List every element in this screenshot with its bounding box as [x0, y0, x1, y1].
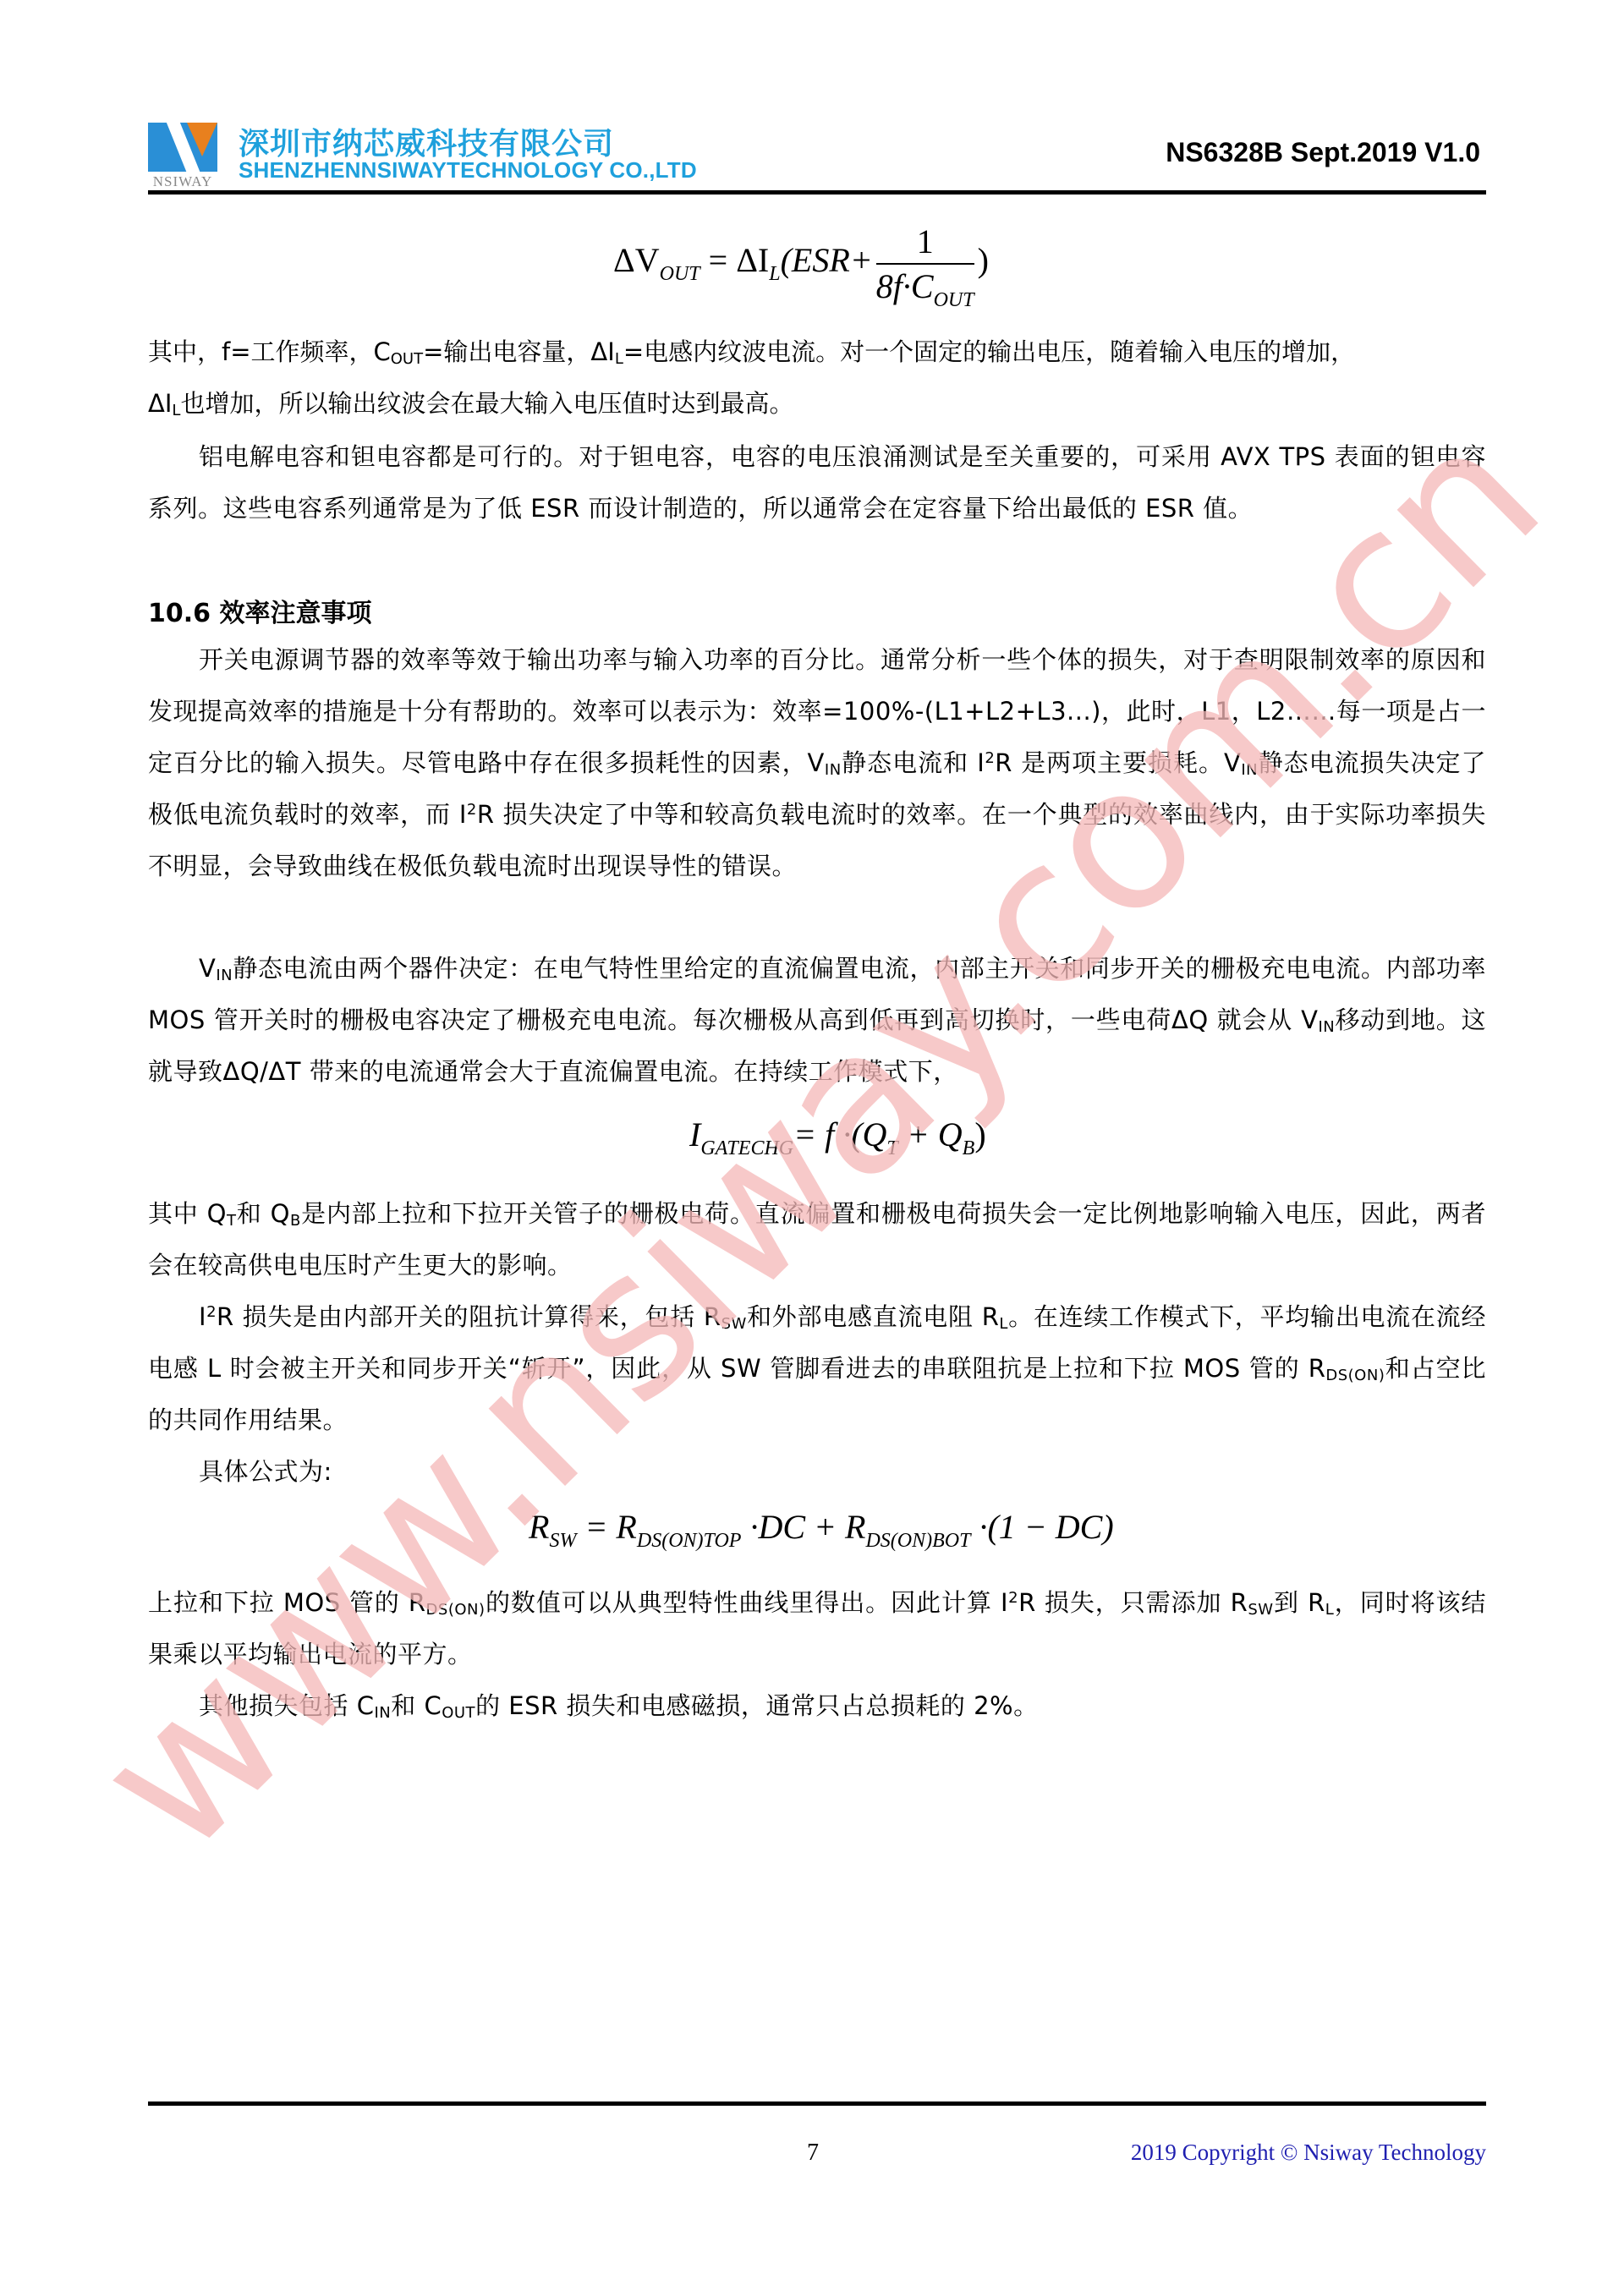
formula-rsw: RSW = RDS(ON)TOP ·DC + RDS(ON)BOT ·(1 − …: [529, 1507, 1114, 1547]
paragraph-capacitors: 铝电解电容和钽电容都是可行的。对于钽电容，电容的电压浪涌测试是至关重要的，可采用…: [148, 431, 1486, 534]
section-heading-10-6: 10.6 效率注意事项: [148, 592, 371, 629]
document-id: NS6328B Sept.2019 V1.0: [1166, 137, 1480, 168]
fraction: 18f·COUT: [876, 222, 974, 306]
page-number: 7: [807, 2140, 819, 2167]
paragraph-1-line-1: 其中，f=工作频率，COUT=输出电容量，ΔIL=电感内纹波电流。对一个固定的输…: [148, 333, 1355, 368]
logo-mark-icon: [148, 123, 217, 172]
paragraph-formula-intro: 具体公式为:: [148, 1446, 1486, 1498]
footer-rule: [148, 2101, 1486, 2106]
copyright-text: 2019 Copyright © Nsiway Technology: [1131, 2140, 1486, 2166]
logo-text: NSIWAY: [148, 173, 217, 190]
paragraph-i2r-loss: I2R 损失是由内部开关的阻抗计算得来，包括 RSW和外部电感直流电阻 RL。在…: [148, 1291, 1486, 1446]
company-logo: NSIWAY: [148, 123, 217, 190]
formula-gate-charge: IGATECHG= f ·(QT + QB): [689, 1115, 986, 1154]
paragraph-quiescent-current: VIN静态电流由两个器件决定：在电气特性里给定的直流偏置电流，内部主开关和同步开…: [148, 943, 1486, 1098]
formula-output-ripple: ΔVOUT = ΔIL(ESR+18f·COUT): [613, 222, 989, 306]
paragraph-gate-charges: 其中 QT和 QB是内部上拉和下拉开关管子的栅极电荷。直流偏置和栅极电荷损失会一…: [148, 1188, 1486, 1291]
paragraph-other-losses: 其他损失包括 CIN和 COUT的 ESR 损失和电感磁损，通常只占总损耗的 2…: [148, 1680, 1486, 1732]
paragraph-rdson: 上拉和下拉 MOS 管的 RDS(ON)的数值可以从典型特性曲线里得出。因此计算…: [148, 1577, 1486, 1680]
company-name-en: SHENZHENNSIWAYTECHNOLOGY CO.,LTD: [239, 157, 697, 184]
paragraph-efficiency: 开关电源调节器的效率等效于输出功率与输入功率的百分比。通常分析一些个体的损失，对…: [148, 634, 1486, 892]
header-rule: [148, 190, 1486, 195]
paragraph-1-line-2: ΔIL也增加，所以输出纹波会在最大输入电压值时达到最高。: [148, 385, 793, 419]
